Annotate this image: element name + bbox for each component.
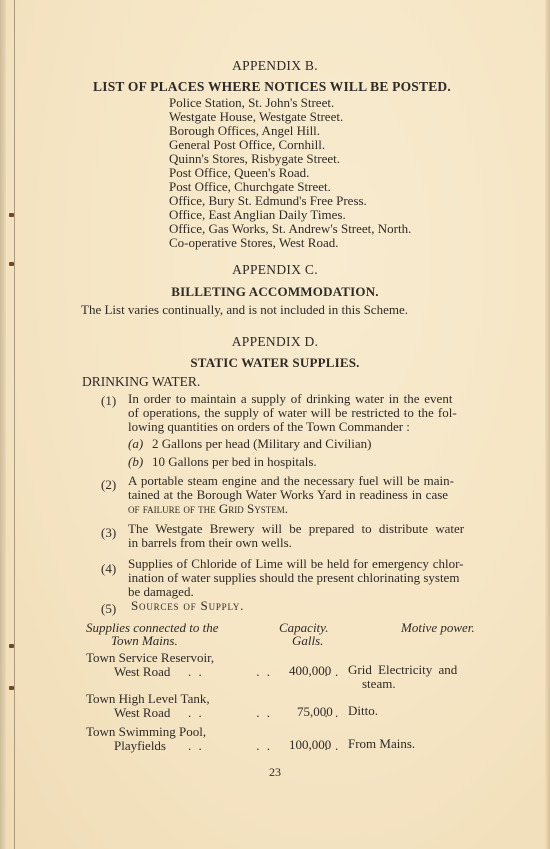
table-header-power: Motive power.: [401, 621, 475, 635]
item-number: (5): [101, 601, 116, 617]
page-edge: [545, 0, 550, 849]
paragraph-line: The Westgate Brewery will be prepared to…: [128, 522, 464, 536]
capacity-value: 400,000: [289, 664, 331, 678]
item-number: (1): [101, 393, 116, 409]
binding-spine: [0, 0, 6, 849]
binding-fold-line: [14, 0, 15, 849]
paragraph-line: lowing quantities on orders of the Town …: [128, 420, 410, 434]
paragraph-line: tained at the Borough Water Works Yard i…: [128, 488, 448, 502]
subitem-label: (a): [128, 437, 143, 451]
motive-power: Ditto.: [348, 704, 378, 718]
capacity-value: 100,000: [289, 738, 331, 752]
paragraph-line: of failure of the Grid System.: [128, 502, 288, 516]
paragraph-line: A portable steam engine and the necessar…: [128, 474, 454, 488]
drinking-water-subheading: DRINKING WATER.: [82, 374, 200, 390]
paragraph-line: In order to maintain a supply of drinkin…: [128, 392, 452, 406]
staple-mark: [9, 213, 14, 217]
source-location: Playfields: [114, 739, 166, 753]
source-name: Town Swimming Pool,: [86, 725, 206, 739]
appendix-b-heading: APPENDIX B.: [0, 58, 550, 74]
table-header-source: Town Mains.: [111, 634, 178, 648]
list-item: Post Office, Queen's Road.: [169, 165, 309, 180]
appendix-c-title: BILLETING ACCOMMODATION.: [0, 284, 550, 300]
list-item: Police Station, St. John's Street.: [169, 95, 334, 110]
list-item: Office, East Anglian Daily Times.: [169, 207, 346, 222]
source-name: Town High Level Tank,: [86, 692, 210, 706]
subitem-label: (b): [128, 455, 143, 469]
list-item: Co-operative Stores, West Road.: [169, 235, 339, 250]
appendix-d-heading: APPENDIX D.: [0, 334, 550, 350]
appendix-b-title: LIST OF PLACES WHERE NOTICES WILL BE POS…: [0, 79, 550, 95]
list-item: General Post Office, Cornhill.: [169, 137, 325, 152]
sources-of-supply-heading: Sources of Supply.: [131, 599, 244, 613]
paragraph-line: in barrels from their own wells.: [128, 536, 292, 550]
paragraph-line: ination of water supplies should the pre…: [128, 571, 459, 585]
subitem-text: 2 Gallons per head (Military and Civilia…: [152, 437, 372, 451]
paragraph-line: Supplies of Chloride of Lime will be hel…: [128, 557, 463, 571]
list-item: Westgate House, Westgate Street.: [169, 109, 343, 124]
list-item: Borough Offices, Angel Hill.: [169, 123, 320, 138]
appendix-c-text: The List varies continually, and is not …: [81, 303, 408, 317]
list-item: Office, Bury St. Edmund's Free Press.: [169, 193, 367, 208]
appendix-c-heading: APPENDIX C.: [0, 262, 550, 278]
page-number: 23: [0, 765, 550, 780]
motive-power: From Mains.: [348, 737, 415, 751]
document-page: APPENDIX B. LIST OF PLACES WHERE NOTICES…: [0, 0, 550, 849]
item-number: (2): [101, 477, 116, 493]
staple-mark: [9, 686, 14, 690]
paragraph-line: be damaged.: [128, 585, 194, 599]
motive-power: steam.: [362, 677, 396, 691]
subitem-text: 10 Gallons per bed in hospitals.: [152, 455, 317, 469]
list-item: Office, Gas Works, St. Andrew's Street, …: [169, 221, 411, 236]
item-number: (4): [101, 561, 116, 577]
staple-mark: [9, 644, 14, 648]
source-name: Town Service Reservoir,: [86, 651, 214, 665]
source-location: West Road: [114, 706, 170, 720]
table-header-capacity-unit: Galls.: [292, 634, 323, 648]
motive-power: Grid Electricity and: [348, 663, 457, 677]
capacity-value: 75,000: [297, 705, 333, 719]
source-location: West Road: [114, 665, 170, 679]
list-item: Quinn's Stores, Risbygate Street.: [169, 151, 340, 166]
item-number: (3): [101, 525, 116, 541]
paragraph-line: of operations, the supply of water will …: [128, 406, 457, 420]
appendix-d-title: STATIC WATER SUPPLIES.: [0, 355, 550, 371]
list-item: Post Office, Churchgate Street.: [169, 179, 331, 194]
